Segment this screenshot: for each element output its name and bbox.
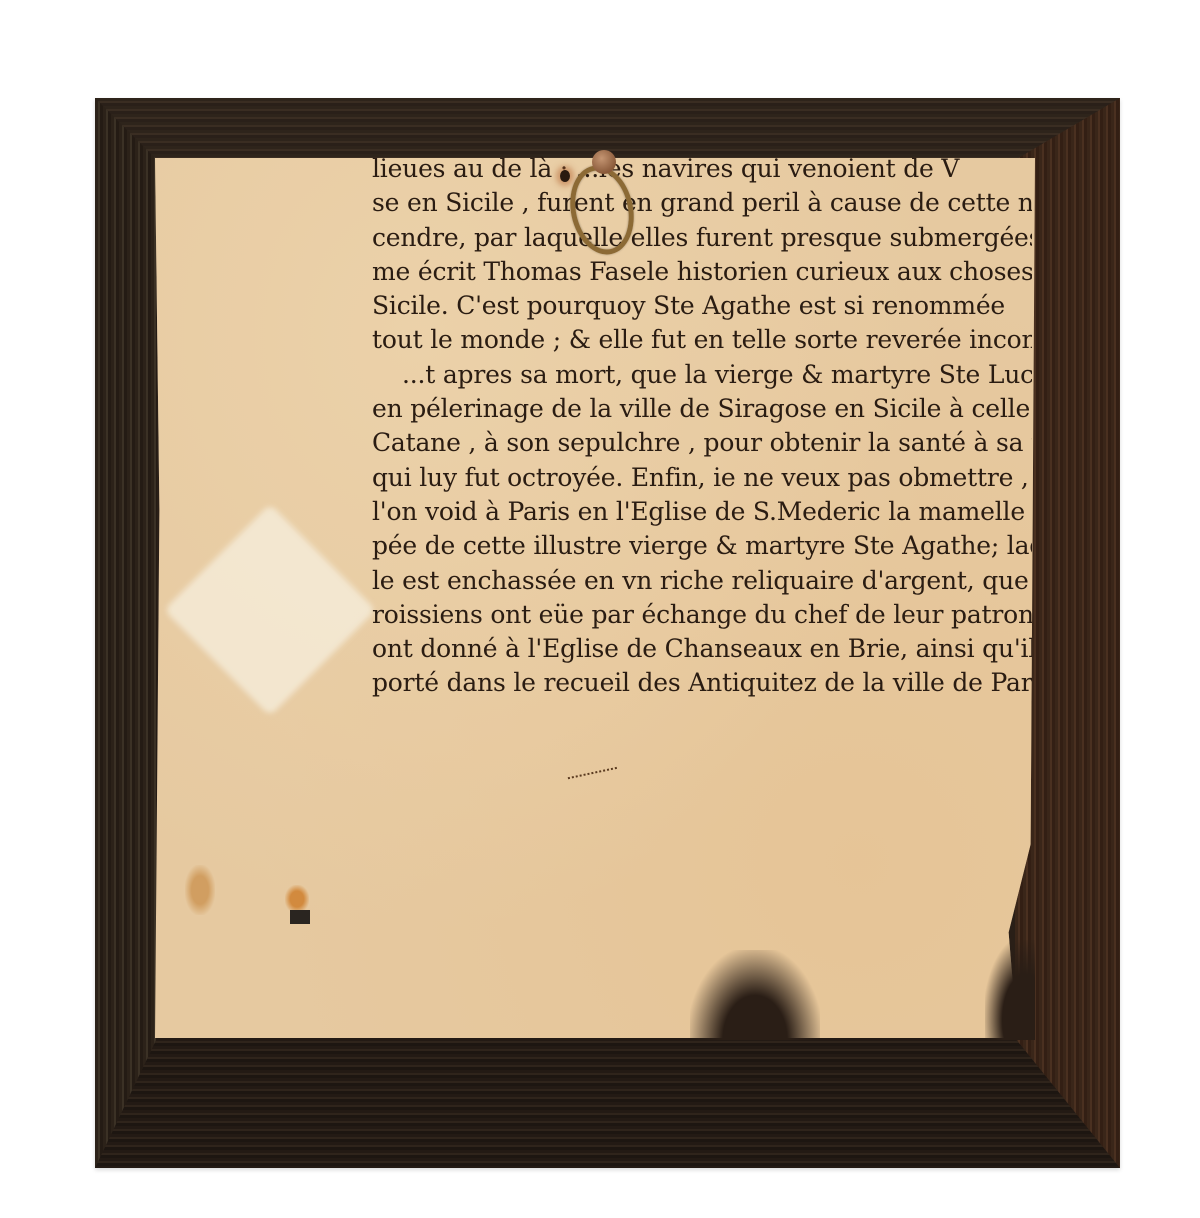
text-line: lieues au de là ; ...les navires qui ven… [372,152,1032,186]
paper-loss [690,950,820,1040]
printed-text: lieues au de là ; ...les navires qui ven… [372,152,1032,701]
text-line: ont donné à l'Eglise de Chanseaux en Bri… [372,632,1032,666]
ring-screw-head [592,150,616,174]
text-line: cendre, par laquelle elles furent presqu… [372,221,1032,255]
paper-stain [185,865,215,915]
text-line: Catane , à son sepulchre , pour obtenir … [372,426,1032,460]
nail-hole [560,170,570,182]
text-line: roissiens ont eüe par échange du chef de… [372,598,1032,632]
text-line: me écrit Thomas Fasele historien curieux… [372,255,1032,289]
text-line: pée de cette illustre vierge & martyre S… [372,529,1032,563]
text-line: tout le monde ; & elle fut en telle sort… [372,323,1032,357]
text-line: en pélerinage de la ville de Siragose en… [372,392,1032,426]
text-line: ...t apres sa mort, que la vierge & mart… [372,358,1032,392]
text-line: l'on void à Paris en l'Eglise de S.Meder… [372,495,1032,529]
text-line: Sicile. C'est pourquoy Ste Agathe est si… [372,289,1032,323]
text-line: le est enchassée en vn riche reliquaire … [372,564,1032,598]
paper-loss [290,910,310,924]
text-line: se en Sicile , furent en grand peril à c… [372,186,1032,220]
paper-stain [285,885,309,913]
frame-bottom-rail [95,1038,1120,1168]
frame-left-rail [95,98,157,1168]
text-line: porté dans le recueil des Antiquitez de … [372,666,1032,700]
paper-loss [985,940,1035,1040]
text-line: qui luy fut octroyée. Enfin, ie ne veux … [372,461,1032,495]
